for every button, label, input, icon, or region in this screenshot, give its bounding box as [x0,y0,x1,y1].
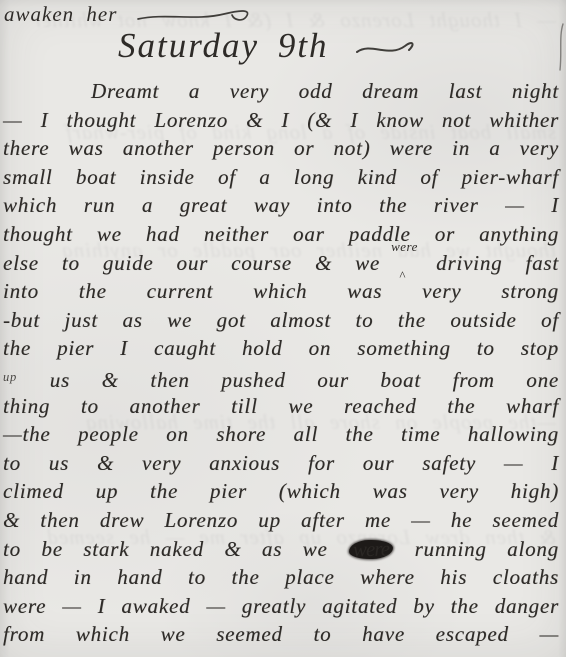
line-text: —the people on shore all the time hallow… [3,422,559,446]
line-text: — I thought Lorenzo & I (& I know not wh… [3,108,559,132]
manuscript-line: thing to another till we reached the wha… [3,392,559,421]
line-text: into the current which was very strong [3,279,559,303]
manuscript-line: & then drew Lorenzo up after me — he see… [3,506,559,535]
line-text: the pier I caught hold on something to s… [3,336,559,360]
heading-text: Saturday 9th [118,26,329,65]
manuscript-line: — I thought Lorenzo & I (& I know not wh… [3,106,559,135]
line-text: from which we seemed to have escaped — [3,622,559,646]
line-text: -but just as we got almost to the outsid… [3,308,559,332]
manuscript-line: thought we had neither oar paddle or any… [3,220,559,249]
line-text: running along [415,537,559,561]
manuscript-line: hand in hand to the place where his cloa… [3,563,559,592]
line-text: thing to another till we reached the wha… [3,394,559,418]
manuscript-line: —the people on shore all the time hallow… [3,420,559,449]
manuscript-line-with-correction: up us & then pushed our boat from one [3,363,559,392]
manuscript-line: climed up the pier (which was very high) [3,477,559,506]
scribbled-out-word: were [349,539,394,559]
line-text: & then drew Lorenzo up after me — he see… [3,508,559,532]
manuscript-line: there was another person or not) were in… [3,134,559,163]
manuscript-line-with-insertion: else to guide our course & we were ^ dri… [3,249,559,278]
line-text: there was another person or not) were in… [3,136,559,160]
line-text: hand in hand to the place where his cloa… [3,565,559,589]
line-text: Dreamt a very odd dream last night [91,79,559,103]
line-text: climed up the pier (which was very high) [3,479,559,503]
heading-flourish-stroke [355,34,417,64]
fragment-text: awaken her [4,2,117,26]
manuscript-line: which run a great way into the river — I [3,191,559,220]
stray-ink-mark [556,22,566,72]
entry-body: Dreamt a very odd dream last night — I t… [3,77,559,649]
caret-mark: ^ [399,269,405,282]
manuscript-line: -but just as we got almost to the outsid… [3,306,559,335]
manuscript-content: awaken her Saturday 9th Dreamt a very od… [0,0,566,657]
manuscript-line-with-strikeout: to be stark naked & as we were running a… [3,535,559,564]
manuscript-line: from which we seemed to have escaped — [3,620,559,649]
manuscript-line: small boat inside of a long kind of pier… [3,163,559,192]
entry-date-heading: Saturday 9th [118,26,417,66]
line-text: us & then pushed our boat from one [50,368,559,392]
manuscript-line: to us & very anxious for our safety — I [3,449,559,478]
pen-flourish-stroke [136,5,256,27]
line-text: driving fast [436,251,559,275]
line-text: small boat inside of a long kind of pier… [3,165,559,189]
manuscript-line: the pier I caught hold on something to s… [3,334,559,363]
manuscript-page-scan: — I thought Lorenzo & I (& I know not wh… [0,0,566,657]
inserted-word: were [391,240,418,253]
line-text: which run a great way into the river — I [3,193,559,217]
small-corrected-word: up [3,370,17,384]
line-text: were — I awaked — greatly agitated by th… [3,594,559,618]
manuscript-line: Dreamt a very odd dream last night [3,77,559,106]
line-text: else to guide our course & we [3,251,380,275]
manuscript-line: were — I awaked — greatly agitated by th… [3,592,559,621]
line-text: thought we had neither oar paddle or any… [3,222,559,246]
interlinear-insertion: were ^ [403,249,413,270]
line-text: to us & very anxious for our safety — I [3,451,559,475]
carried-over-fragment: awaken her [4,2,256,27]
line-text: to be stark naked & as we [3,537,328,561]
manuscript-line: into the current which was very strong [3,277,559,306]
